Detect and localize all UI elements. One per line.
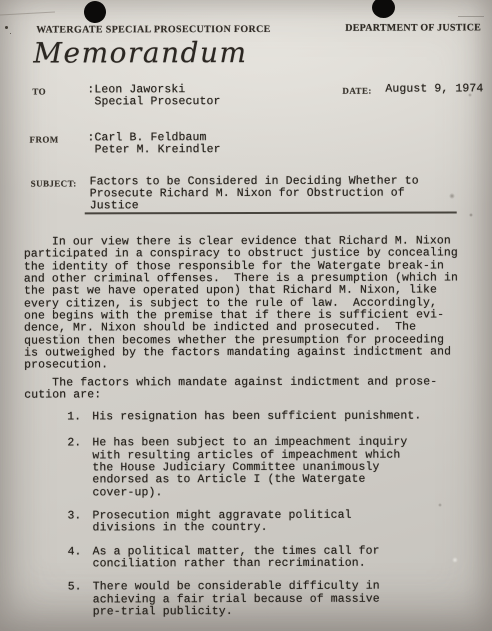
from-colon: :: [88, 132, 95, 144]
memo-page: WATERGATE SPECIAL PROSECUTION FORCE DEPA…: [0, 0, 492, 631]
list-item: 5. There would be considerable difficult…: [68, 581, 422, 619]
from-label: FROM: [30, 134, 59, 144]
item-text: There would be considerable difficulty i…: [93, 581, 380, 619]
paragraph-2: The factors which mandate against indict…: [24, 376, 437, 402]
item-number: 1.: [67, 411, 92, 423]
to-value: Leon Jaworski Special Prosecutor: [94, 84, 220, 109]
from-value: Carl B. Feldbaum Peter M. Kreindler: [95, 132, 221, 157]
list-item: 1. His resignation has been sufficient p…: [67, 411, 421, 424]
subject-value: Factors to be Considered in Deciding Whe…: [90, 175, 419, 213]
item-text: As a political matter, the times call fo…: [93, 545, 380, 570]
factors-list: 1. His resignation has been sufficient p…: [67, 411, 422, 630]
item-text: He has been subject to an impeachment in…: [92, 437, 407, 500]
item-number: 3.: [68, 510, 93, 535]
paragraph-1: In our view there is clear evidence that…: [24, 235, 458, 372]
doc-type-title: Memorandum: [33, 36, 247, 70]
list-item: 2. He has been subject to an impeachment…: [67, 437, 421, 500]
to-label: TO: [32, 87, 46, 97]
subject-label: SUBJECT:: [31, 178, 77, 188]
list-item: 4. As a political matter, the times call…: [68, 545, 422, 571]
item-number: 4.: [68, 546, 93, 571]
item-text: Prosecution might aggravate political di…: [93, 510, 352, 535]
to-colon: :: [87, 84, 94, 96]
list-item: 3. Prosecution might aggravate political…: [68, 510, 422, 536]
department-name: DEPARTMENT OF JUSTICE: [345, 22, 481, 33]
date-label: DATE:: [342, 86, 371, 96]
item-number: 2.: [67, 438, 92, 500]
subject-underline: [85, 211, 457, 214]
item-text: His resignation has been sufficient puni…: [92, 411, 421, 424]
scanned-content: WATERGATE SPECIAL PROSECUTION FORCE DEPA…: [0, 0, 492, 631]
agency-name: WATERGATE SPECIAL PROSECUTION FORCE: [36, 24, 270, 36]
date-value: August 9, 1974: [385, 83, 483, 96]
item-number: 5.: [68, 582, 93, 619]
